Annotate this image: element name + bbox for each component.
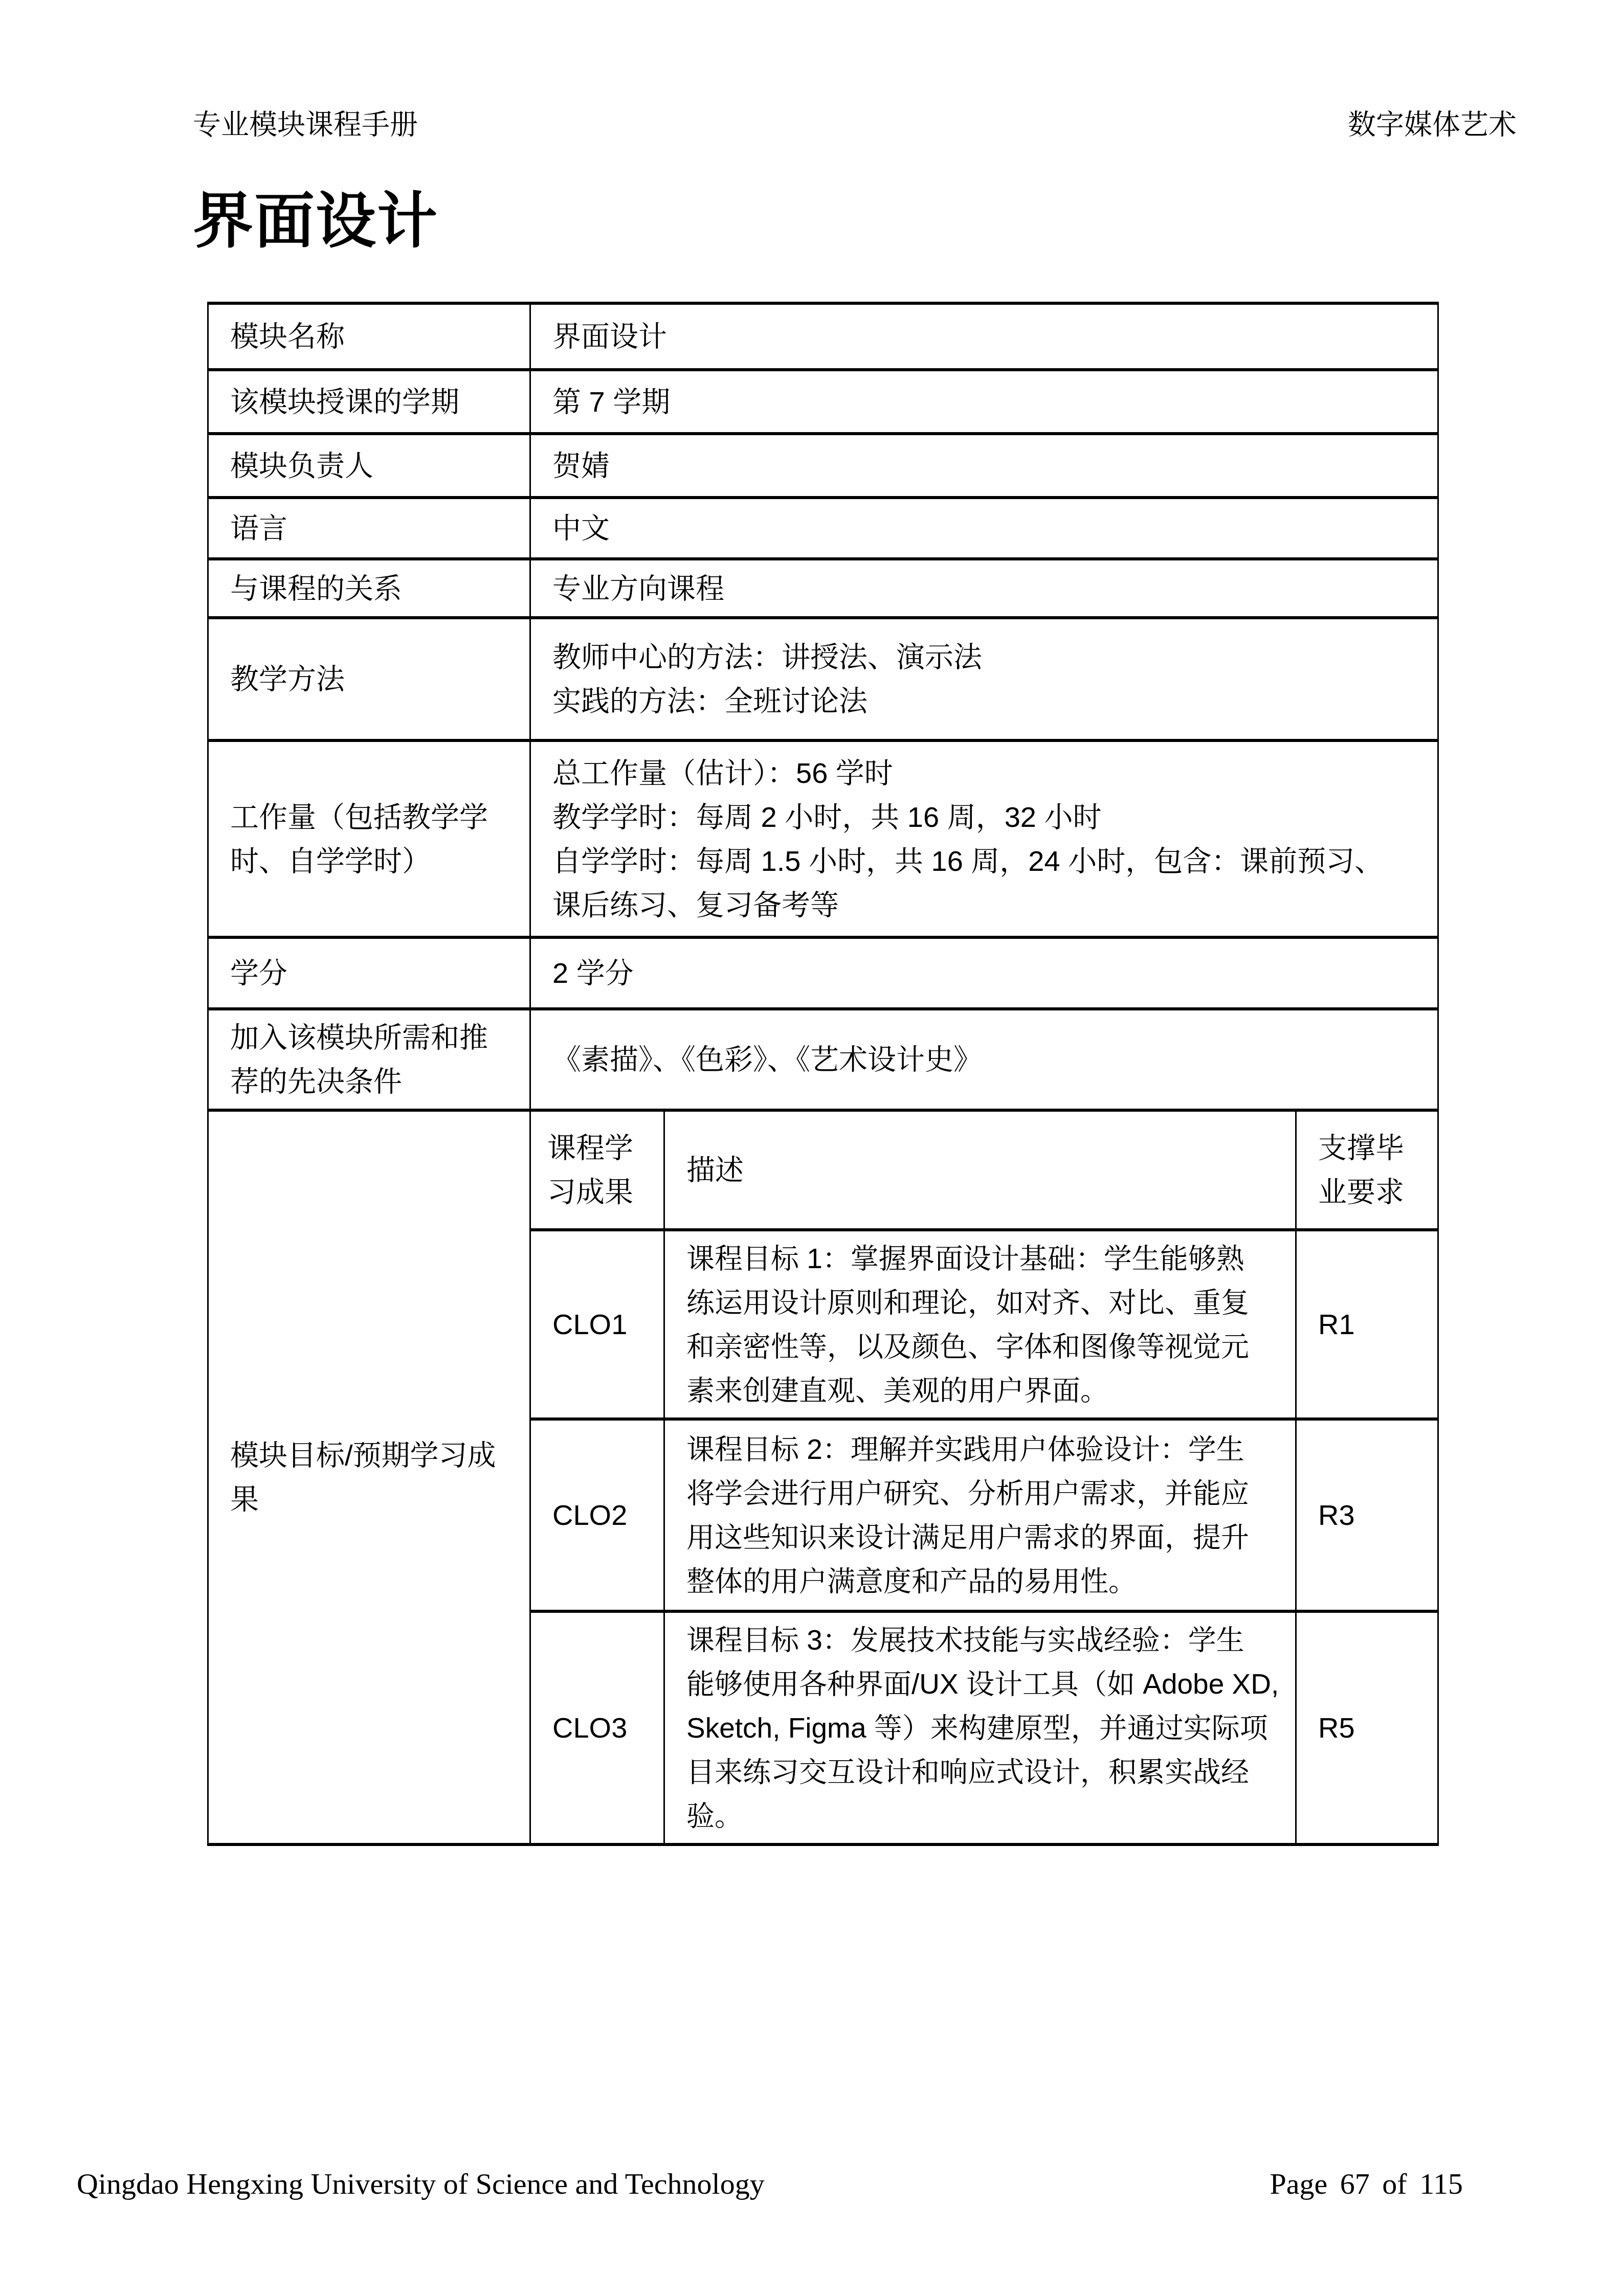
table-row-language: 语言 中文 [208,498,1438,559]
row-value: 中文 [530,498,1438,559]
clo-requirement: R5 [1296,1611,1438,1844]
clo-id: CLO3 [530,1611,664,1844]
table-row-module-name: 模块名称 界面设计 [208,303,1438,370]
row-label: 与课程的关系 [208,559,530,618]
outcomes-row-label: 模块目标/预期学习成 果 [208,1110,530,1844]
row-label: 教学方法 [208,618,530,740]
clo-requirement: R1 [1296,1230,1438,1419]
row-label: 加入该模块所需和推 荐的先决条件 [208,1009,530,1110]
page-footer: Qingdao Hengxing University of Science a… [77,2167,1463,2201]
row-label: 模块名称 [208,303,530,370]
row-value: 界面设计 [530,303,1438,370]
row-value: 总工作量（估计）：56 学时 教学学时：每周 2 小时，共 16 周，32 小时… [530,740,1438,937]
header-left-text: 专业模块课程手册 [193,108,418,140]
row-value: 《素描》、《色彩》、《艺术设计史》 [530,1009,1438,1110]
row-label: 学分 [208,937,530,1009]
clo-id: CLO2 [530,1419,664,1611]
row-value: 第 7 学期 [530,370,1438,434]
page-title: 界面设计 [193,188,438,255]
header-right-text: 数字媒体艺术 [1348,108,1517,140]
outcomes-col-header-clo: 课程学 习成果 [530,1110,664,1230]
row-label: 工作量（包括教学学 时、自学学时） [208,740,530,937]
clo-id: CLO1 [530,1230,664,1419]
clo-description: 课程目标 1：掌握界面设计基础：学生能够熟 练运用设计原则和理论，如对齐、对比、… [664,1230,1296,1419]
row-label: 语言 [208,498,530,559]
row-value: 贺婧 [530,434,1438,498]
row-label: 模块负责人 [208,434,530,498]
table-row-workload: 工作量（包括教学学 时、自学学时） 总工作量（估计）：56 学时 教学学时：每周… [208,740,1438,937]
outcomes-header-row: 模块目标/预期学习成 果 课程学 习成果 描述 支撑毕 业要求 [208,1110,1438,1230]
table-row-prerequisites: 加入该模块所需和推 荐的先决条件 《素描》、《色彩》、《艺术设计史》 [208,1009,1438,1110]
document-page: 专业模块课程手册 数字媒体艺术 界面设计 模块名称 界面设计 该模块授课的学期 … [0,0,1624,2296]
table-row-credits: 学分 2 学分 [208,937,1438,1009]
row-value: 教师中心的方法：讲授法、演示法 实践的方法：全班讨论法 [530,618,1438,740]
page-header: 专业模块课程手册 数字媒体艺术 [193,108,1517,140]
table-row-module-lead: 模块负责人 贺婧 [208,434,1438,498]
outcomes-col-header-req: 支撑毕 业要求 [1296,1110,1438,1230]
module-info-table: 模块名称 界面设计 该模块授课的学期 第 7 学期 模块负责人 贺婧 语言 中文… [207,302,1439,1846]
table-row-course-relation: 与课程的关系 专业方向课程 [208,559,1438,618]
table-row-semester: 该模块授课的学期 第 7 学期 [208,370,1438,434]
clo-requirement: R3 [1296,1419,1438,1611]
footer-institution-text: Qingdao Hengxing University of Science a… [77,2167,765,2201]
row-value: 专业方向课程 [530,559,1438,618]
row-value: 2 学分 [530,937,1438,1009]
row-label: 该模块授课的学期 [208,370,530,434]
outcomes-col-header-desc: 描述 [664,1110,1296,1230]
footer-page-number: Page 67 of 115 [1270,2167,1463,2201]
table-row-teaching-methods: 教学方法 教师中心的方法：讲授法、演示法 实践的方法：全班讨论法 [208,618,1438,740]
clo-description: 课程目标 3：发展技术技能与实战经验：学生 能够使用各种界面/UX 设计工具（如… [664,1611,1296,1844]
clo-description: 课程目标 2：理解并实践用户体验设计：学生 将学会进行用户研究、分析用户需求，并… [664,1419,1296,1611]
